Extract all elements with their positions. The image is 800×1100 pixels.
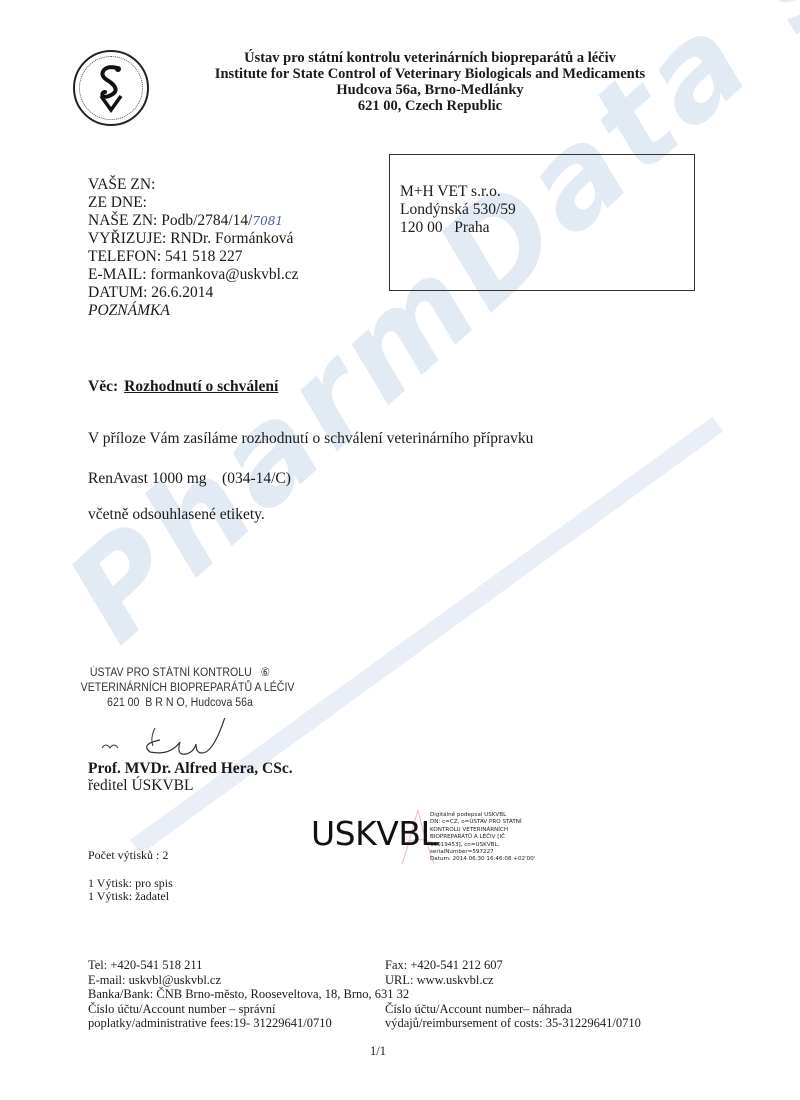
- signer-name: Prof. MVDr. Alfred Hera, CSc.: [88, 760, 293, 778]
- footer-account-admin-1: Číslo účtu/Account number – správní: [88, 1002, 409, 1017]
- copies-count: Počet výtisků : 2: [88, 848, 168, 863]
- footer-right: Fax: +420-541 212 607 URL: www.uskvbl.cz…: [385, 958, 641, 1031]
- recipient-street: Londýnská 530/59: [400, 201, 516, 219]
- body-paragraph-1: V příloze Vám zasíláme rozhodnutí o schv…: [88, 430, 533, 448]
- body-paragraph-3: včetně odsouhlasené etikety.: [88, 506, 265, 524]
- ds-line: serialNumber=597227: [430, 849, 535, 856]
- recipient-company: M+H VET s.r.o.: [400, 183, 516, 201]
- copies-list: 1 Výtisk: pro spis 1 Výtisk: žadatel: [88, 877, 173, 903]
- ds-line: BIOPREPARÁTŮ A LÉČIV [IČ: [430, 834, 535, 841]
- footer-account-reimb-2: výdajů/reimbursement of costs: 35-312296…: [385, 1016, 641, 1031]
- digital-signature-name: USKVBL: [311, 814, 438, 853]
- copy-item: 1 Výtisk: žadatel: [88, 890, 173, 903]
- subject-text: Rozhodnutí o schválení: [124, 378, 278, 395]
- recipient-city: 120 00 Praha: [400, 219, 516, 237]
- our-ref: NAŠE ZN: Podb/2784/14/7081: [88, 212, 299, 230]
- phone: TELEFON: 541 518 227: [88, 248, 299, 266]
- recipient-address: M+H VET s.r.o. Londýnská 530/59 120 00 P…: [400, 183, 516, 237]
- footer-left: Tel: +420-541 518 211 E-mail: uskvbl@usk…: [88, 958, 409, 1031]
- institute-name-cz: Ústav pro státní kontrolu veterinárních …: [150, 50, 710, 66]
- page-number: 1/1: [370, 1044, 386, 1059]
- official-stamp: ÚSTAV PRO STÁTNÍ KONTROLU ⑥ VETERINÁRNÍC…: [88, 666, 272, 711]
- footer-bank: Banka/Bank: ČNB Brno-město, Rooseveltova…: [88, 987, 409, 1002]
- ds-line: 00019453], cn=USKVBL,: [430, 842, 535, 849]
- stamp-line-1: ÚSTAV PRO STÁTNÍ KONTROLU: [90, 667, 252, 679]
- handled-by: VYŘIZUJE: RNDr. Formánková: [88, 230, 299, 248]
- stamp-line-3: 621 00 B R N O, Hudcova 56a: [88, 696, 272, 711]
- signer-role: ředitel ÚSKVBL: [88, 777, 193, 795]
- subject-label: Věc:: [88, 378, 118, 395]
- stamp-line-2: VETERINÁRNÍCH BIOPREPARÁTŮ A LÉČIV: [81, 681, 272, 696]
- email: E-MAIL: formankova@uskvbl.cz: [88, 266, 299, 284]
- body-paragraph-2: RenAvast 1000 mg (034-14/C): [88, 470, 291, 488]
- our-ref-number: NAŠE ZN: Podb/2784/14/: [88, 212, 252, 229]
- footer-tel: Tel: +420-541 518 211: [88, 958, 409, 973]
- stamp-mark: ⑥: [261, 667, 270, 679]
- institute-name-en: Institute for State Control of Veterinar…: [150, 66, 710, 82]
- letterhead: Ústav pro státní kontrolu veterinárních …: [150, 50, 710, 114]
- footer-fax: Fax: +420-541 212 607: [385, 958, 641, 973]
- institute-street: Hudcova 56a, Brno-Medlánky: [150, 82, 710, 98]
- your-ref-date: ZE DNE:: [88, 194, 299, 212]
- ds-line: Datum: 2014.06.30 16:46:08 +02'00': [430, 856, 535, 863]
- your-ref: VAŠE ZN:: [88, 176, 299, 194]
- footer-email: E-mail: uskvbl@uskvbl.cz: [88, 973, 409, 988]
- handwritten-signature: [100, 718, 270, 763]
- footer-url: URL: www.uskvbl.cz: [385, 973, 641, 988]
- reference-block: VAŠE ZN: ZE DNE: NAŠE ZN: Podb/2784/14/7…: [88, 176, 299, 320]
- subject-line: Věc:Rozhodnutí o schválení: [88, 378, 278, 396]
- date: DATUM: 26.6.2014: [88, 284, 299, 302]
- handwritten-number: 7081: [252, 214, 283, 228]
- footer-account-admin-2: poplatky/administrative fees:19- 3122964…: [88, 1016, 409, 1031]
- ds-line: DN: c=CZ, o=ÚSTAV PRO STÁTNÍ: [430, 819, 535, 826]
- institute-city: 621 00, Czech Republic: [150, 98, 710, 114]
- caduceus-seal-icon: [73, 50, 149, 126]
- digital-signature-details: Digitálně podepsal USKVBL DN: c=CZ, o=ÚS…: [430, 812, 535, 864]
- note-label: POZNÁMKA: [88, 302, 299, 320]
- footer-account-reimb-1: Číslo účtu/Account number– náhrada: [385, 1002, 641, 1017]
